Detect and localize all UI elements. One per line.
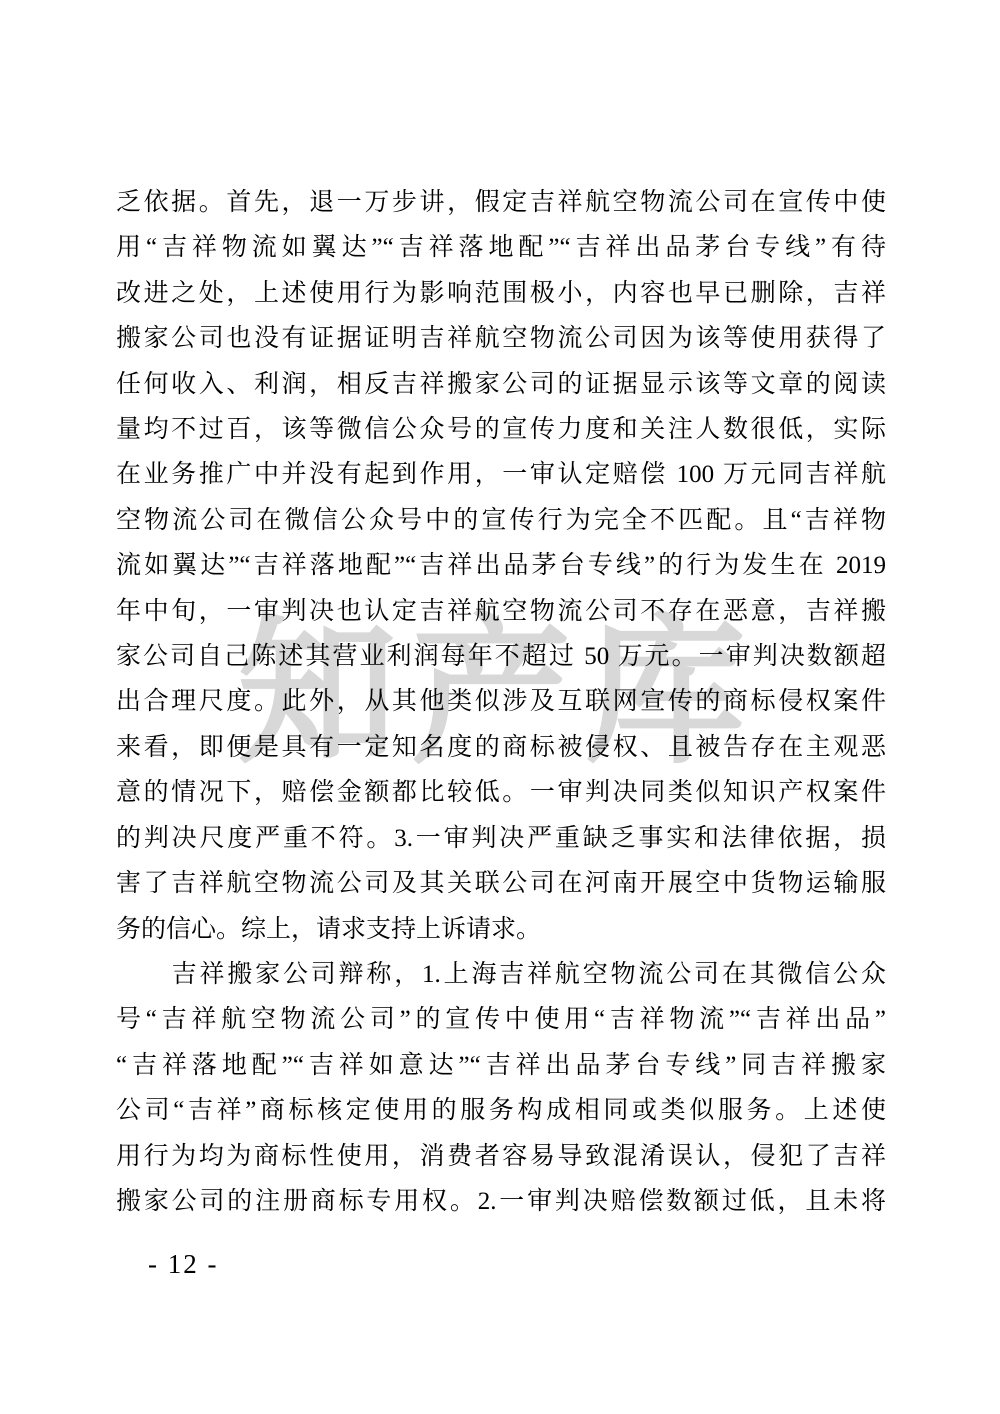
document-line: 出合理尺度。此外，从其他类似涉及互联网宣传的商标侵权案件 (116, 679, 886, 724)
document-line: 用行为均为商标性使用，消费者容易导致混淆误认，侵犯了吉祥 (116, 1134, 886, 1179)
document-line: 用“吉祥物流如翼达”“吉祥落地配”“吉祥出品茅台专线”有待 (116, 225, 886, 270)
page-number: - 12 - (148, 1248, 218, 1280)
document-line: 来看，即便是具有一定知名度的商标被侵权、且被告存在主观恶 (116, 725, 886, 770)
document-line: 乏依据。首先，退一万步讲，假定吉祥航空物流公司在宣传中使 (116, 180, 886, 225)
document-line: 在业务推广中并没有起到作用，一审认定赔偿 100 万元同吉祥航 (116, 452, 886, 497)
document-line: 量均不过百，该等微信公众号的宣传力度和关注人数很低，实际 (116, 407, 886, 452)
document-line: 改进之处，上述使用行为影响范围极小，内容也早已删除，吉祥 (116, 271, 886, 316)
document-line: 流如翼达”“吉祥落地配”“吉祥出品茅台专线”的行为发生在 2019 (116, 543, 886, 588)
document-line: 年中旬，一审判决也认定吉祥航空物流公司不存在恶意，吉祥搬 (116, 589, 886, 634)
document-line: 害了吉祥航空物流公司及其关联公司在河南开展空中货物运输服 (116, 861, 886, 906)
document-line: 公司“吉祥”商标核定使用的服务构成相同或类似服务。上述使 (116, 1088, 886, 1133)
document-line: 家公司自己陈述其营业利润每年不超过 50 万元。一审判决数额超 (116, 634, 886, 679)
document-line: 意的情况下，赔偿金额都比较低。一审判决同类似知识产权案件 (116, 770, 886, 815)
document-line: 空物流公司在微信公众号中的宣传行为完全不匹配。且“吉祥物 (116, 498, 886, 543)
document-line: 号“吉祥航空物流公司”的宣传中使用“吉祥物流”“吉祥出品” (116, 997, 886, 1042)
document-line: “吉祥落地配”“吉祥如意达”“吉祥出品茅台专线”同吉祥搬家 (116, 1043, 886, 1088)
document-line: 搬家公司也没有证据证明吉祥航空物流公司因为该等使用获得了 (116, 316, 886, 361)
document-line: 的判决尺度严重不符。3.一审判决严重缺乏事实和法律依据，损 (116, 816, 886, 861)
body-text-block: 乏依据。首先，退一万步讲，假定吉祥航空物流公司在宣传中使 用“吉祥物流如翼达”“… (116, 180, 886, 1224)
document-line: 务的信心。综上，请求支持上诉请求。 (116, 907, 886, 952)
document-line: 搬家公司的注册商标专用权。2.一审判决赔偿数额过低，且未将 (116, 1179, 886, 1224)
document-line: 任何收入、利润，相反吉祥搬家公司的证据显示该等文章的阅读 (116, 362, 886, 407)
document-line: 吉祥搬家公司辩称，1.上海吉祥航空物流公司在其微信公众 (116, 952, 886, 997)
document-page: 知产库 乏依据。首先，退一万步讲，假定吉祥航空物流公司在宣传中使 用“吉祥物流如… (0, 0, 1000, 1414)
